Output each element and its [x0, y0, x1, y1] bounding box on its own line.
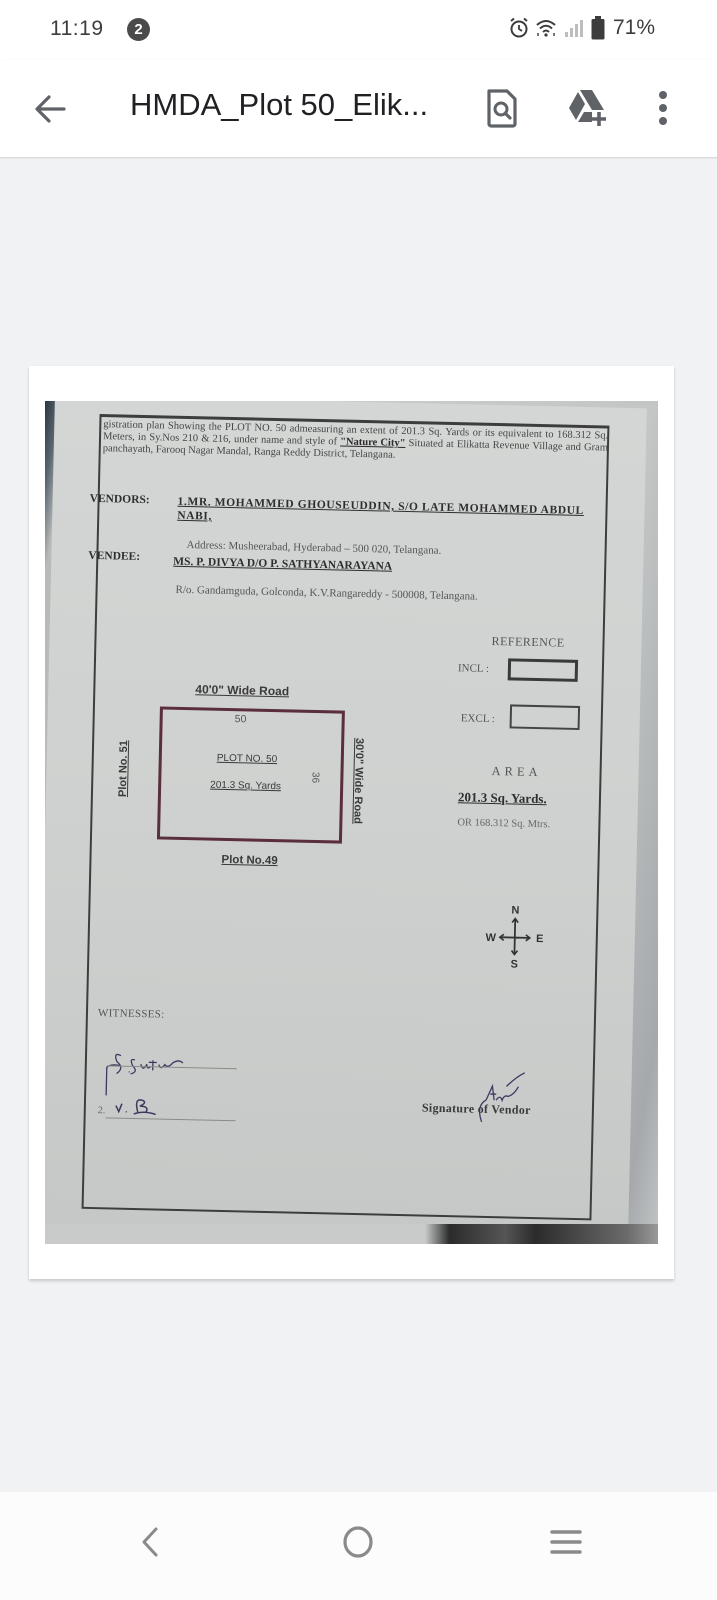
vendors-label: VENDORS:	[90, 493, 150, 506]
signal-icon	[563, 18, 585, 38]
incl-label: INCL :	[458, 662, 489, 675]
home-circle-icon	[341, 1525, 375, 1559]
plot-area: 201.3 Sq. Yards	[210, 780, 281, 793]
document-viewer[interactable]: gistration plan Showing the PLOT NO. 50 …	[0, 159, 717, 1492]
north-road-label: 40'0" Wide Road	[195, 682, 289, 698]
svg-text:N: N	[511, 904, 519, 916]
witness-2-line	[106, 1117, 236, 1121]
drive-add-icon	[566, 88, 608, 128]
area-value: 201.3 Sq. Yards.	[458, 789, 547, 807]
south-neighbor-label: Plot No.49	[221, 854, 277, 867]
incl-box	[508, 658, 578, 682]
paper-sheet: gistration plan Showing the PLOT NO. 50 …	[45, 401, 647, 1238]
excl-label: EXCL :	[461, 712, 495, 725]
system-navigation-bar	[0, 1492, 717, 1600]
battery-percent: 71%	[613, 16, 655, 40]
status-icons: 71%	[509, 16, 655, 40]
project-name: "Nature City"	[340, 436, 406, 448]
witnesses-label: WITNESSES:	[98, 1007, 165, 1021]
top-dimension: 50	[235, 713, 247, 725]
recent-apps-icon	[549, 1527, 583, 1557]
document-title: HMDA_Plot 50_Elik...	[130, 87, 428, 123]
reference-title: REFERENCE	[491, 634, 564, 651]
vendee-name: MS. P. DIVYA D/O P. SATHYANARAYANA	[173, 556, 392, 573]
more-vert-icon	[656, 88, 670, 128]
more-options-button[interactable]	[641, 86, 685, 130]
pdf-page: gistration plan Showing the PLOT NO. 50 …	[29, 366, 674, 1279]
arrow-left-icon	[30, 89, 70, 129]
find-in-page-icon	[485, 88, 519, 128]
svg-text:E: E	[536, 933, 544, 945]
photo-background-edge	[45, 1224, 658, 1244]
area-alt-value: OR 168.312 Sq. Mtrs.	[457, 817, 550, 830]
witness-1-signature	[98, 1037, 209, 1099]
back-button[interactable]	[30, 89, 70, 129]
app-bar: HMDA_Plot 50_Elik...	[0, 60, 717, 158]
vendee-address: R/o. Gandamguda, Golconda, K.V.Rangaredd…	[175, 584, 477, 603]
chevron-left-icon	[138, 1525, 162, 1559]
compass-arrows-icon: N W E S	[484, 901, 546, 972]
vendee-label: VENDEE:	[88, 550, 140, 563]
nav-back-button[interactable]	[120, 1512, 180, 1572]
vendor-address: Address: Musheerabad, Hyderabad – 500 02…	[186, 539, 441, 557]
status-time: 11:19	[50, 17, 104, 41]
svg-text:S: S	[510, 958, 518, 970]
nav-recent-apps-button[interactable]	[536, 1512, 596, 1572]
plot-title: PLOT NO. 50	[217, 753, 278, 765]
wifi-icon	[535, 18, 557, 38]
registration-intro-text: gistration plan Showing the PLOT NO. 50 …	[103, 419, 609, 466]
nav-home-button[interactable]	[328, 1512, 388, 1572]
scanned-document-photo: gistration plan Showing the PLOT NO. 50 …	[45, 401, 658, 1244]
excl-box	[510, 704, 581, 730]
signature-of-vendor-label: Signature of Vendor	[422, 1101, 531, 1118]
compass-rose: N W E S	[484, 901, 546, 972]
witness-2-signature	[112, 1093, 173, 1118]
witness-2-number: 2.	[98, 1105, 106, 1116]
alarm-icon	[509, 17, 529, 39]
area-label: AREA	[491, 764, 541, 780]
document-border: gistration plan Showing the PLOT NO. 50 …	[82, 414, 610, 1220]
find-in-document-button[interactable]	[480, 86, 524, 130]
vendor-name: 1.MR. MOHAMMED GHOUSEUDDIN, S/O LATE MOH…	[177, 495, 608, 533]
svg-text:W: W	[485, 932, 496, 944]
add-to-drive-button[interactable]	[565, 86, 609, 130]
right-dimension: 36	[309, 772, 320, 783]
west-neighbor-label: Plot No. 51	[117, 729, 131, 809]
east-road-label: 30'0" Wide Road	[351, 721, 366, 841]
status-bar: 11:19 2 71%	[0, 0, 717, 60]
battery-icon	[591, 16, 605, 40]
notification-count-badge: 2	[127, 18, 150, 41]
